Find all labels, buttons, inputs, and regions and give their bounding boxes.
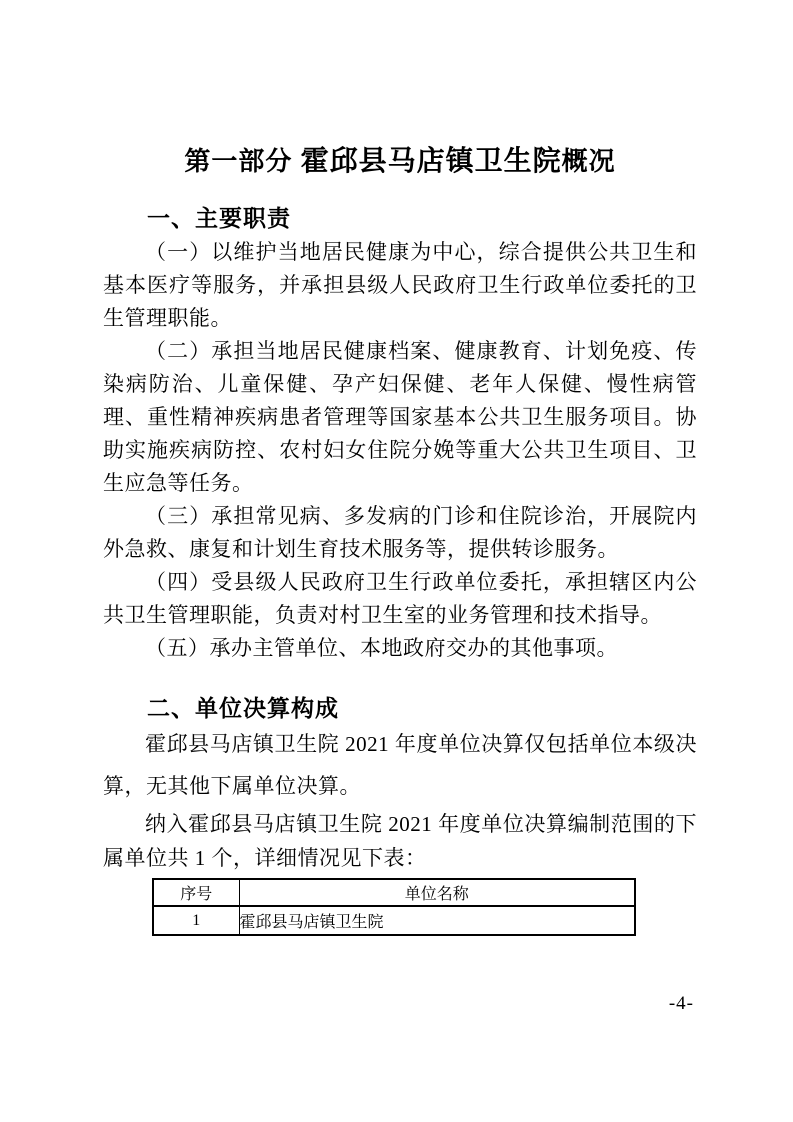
duty-paragraph-5: （五）承办主管单位、本地政府交办的其他事项。 — [103, 632, 697, 665]
page-number: -4- — [669, 993, 694, 1015]
title-unit-name: 霍邱县马店镇卫生院 — [301, 145, 562, 176]
title-suffix: 概况 — [562, 146, 616, 176]
document-title: 第一部分 霍邱县马店镇卫生院概况 — [103, 145, 697, 177]
table-header-unit-name: 单位名称 — [239, 879, 635, 906]
title-part-label: 第一部分 — [184, 146, 300, 176]
table-cell-seq: 1 — [153, 906, 239, 935]
section-heading-main-duties: 一、主要职责 — [147, 203, 697, 233]
document-content: 第一部分 霍邱县马店镇卫生院概况 一、主要职责 （一）以维护当地居民健康为中心，… — [0, 0, 793, 1122]
duty-paragraph-1: （一）以维护当地居民健康为中心，综合提供公共卫生和基本医疗等服务，并承担县级人民… — [103, 236, 697, 335]
duty-paragraph-2: （二）承担当地居民健康档案、健康教育、计划免疫、传染病防治、儿童保健、孕产妇保健… — [103, 335, 697, 500]
subordinate-units-table: 序号 单位名称 1 霍邱县马店镇卫生院 — [152, 878, 636, 936]
duty-paragraph-4: （四）受县级人民政府卫生行政单位委托，承担辖区内公共卫生管理职能，负责对村卫生室… — [103, 566, 697, 632]
table-cell-unit-name: 霍邱县马店镇卫生院 — [239, 906, 635, 935]
section-heading-final-accounts-composition: 二、单位决算构成 — [147, 693, 697, 723]
table-header-seq: 序号 — [153, 879, 239, 906]
table-row: 1 霍邱县马店镇卫生院 — [153, 906, 635, 935]
table-header-row: 序号 单位名称 — [153, 879, 635, 906]
composition-paragraph-2: 纳入霍邱县马店镇卫生院 2021 年度单位决算编制范围的下属单位共 1 个，详细… — [103, 807, 697, 875]
duty-paragraph-3: （三）承担常见病、多发病的门诊和住院诊治，开展院内外急救、康复和计划生育技术服务… — [103, 500, 697, 566]
document-page: 第一部分 霍邱县马店镇卫生院概况 一、主要职责 （一）以维护当地居民健康为中心，… — [0, 0, 793, 1122]
composition-paragraph-1: 霍邱县马店镇卫生院 2021 年度单位决算仅包括单位本级决算，无其他下属单位决算… — [103, 723, 697, 807]
